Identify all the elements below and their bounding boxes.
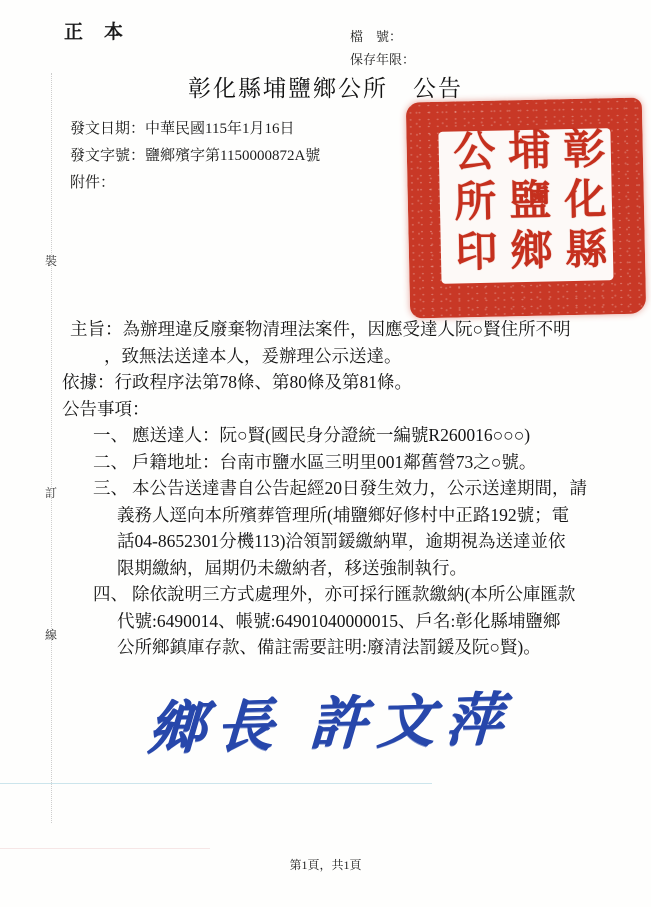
- retention-period-label: 保存年限：: [350, 48, 415, 71]
- page-title: 彰化縣埔鹽鄉公所 公告: [0, 70, 651, 103]
- issue-date-line: 發文日期：中華民國115年1月16日: [70, 116, 320, 143]
- binding-mark-zhuang: 裝: [44, 252, 58, 269]
- scan-artifact-line-cyan: [0, 783, 432, 784]
- official-red-seal: 彰化縣埔鹽鄉公所印: [406, 98, 646, 319]
- mayor-signature-stamp: 鄉長 許文萍: [146, 673, 549, 766]
- item-1: 一、應送達人：阮○賢(國民身分證統一編號R260016○○○): [93, 422, 607, 449]
- items-header: 公告事項：: [62, 396, 607, 423]
- notice-body: 主旨：為辦理違反廢棄物清理法案件，因應受達人阮○賢住所不明 ，致無法送達本人，爰…: [62, 316, 607, 661]
- copy-type-label: 正 本: [64, 17, 124, 44]
- document-meta: 發文日期：中華民國115年1月16日 發文字號：鹽鄉殯字第1150000872A…: [70, 116, 320, 197]
- item-1-text: 應送達人：阮○賢(國民身分證統一編號R260016○○○): [132, 425, 530, 445]
- file-number-block: 檔 號： 保存年限：: [350, 25, 415, 71]
- basis-text: 行政程序法第78條、第80條及第81條。: [115, 372, 413, 392]
- item-4: 四、除依說明三方式處理外，亦可採行匯款繳納(本所公庫匯款: [93, 581, 607, 608]
- item-2-number: 二、: [93, 449, 132, 476]
- basis-line: 依據：行政程序法第78條、第80條及第81條。: [62, 369, 607, 396]
- binding-fold-line: [51, 73, 52, 823]
- item-1-number: 一、: [93, 422, 132, 449]
- item-3-number: 三、: [93, 475, 132, 502]
- item-4-number: 四、: [93, 581, 132, 608]
- attachment-line: 附件：: [70, 170, 320, 197]
- subject-line-2: ，致無法送達本人，爰辦理公示送達。: [104, 343, 607, 370]
- item-3-cont-2: 話04-8652301分機113)洽領罰鍰繳納單，逾期視為送達並依: [117, 528, 607, 555]
- subject-label: 主旨：: [70, 316, 123, 343]
- binding-mark-xian: 線: [44, 626, 58, 643]
- binding-mark-ding: 訂: [44, 484, 58, 501]
- subject-text-1: 為辦理違反廢棄物清理法案件，因應受達人阮○賢住所不明: [123, 319, 571, 339]
- basis-label: 依據：: [62, 369, 115, 396]
- reference-number-line: 發文字號：鹽鄉殯字第1150000872A號: [70, 143, 320, 170]
- page-number-footer: 第1頁，共1頁: [0, 856, 651, 873]
- item-4-cont-1: 代號:6490014、帳號:64901040000015、戶名:彰化縣埔鹽鄉: [117, 608, 607, 635]
- item-3-cont-1: 義務人逕向本所殯葬管理所(埔鹽鄉好修村中正路192號；電: [117, 502, 607, 529]
- scan-artifact-line-pink: [0, 848, 210, 849]
- seal-inner-face: 彰化縣埔鹽鄉公所印: [438, 128, 613, 284]
- subject-line-1: 主旨：為辦理違反廢棄物清理法案件，因應受達人阮○賢住所不明: [70, 316, 607, 343]
- file-number-label: 檔 號：: [350, 25, 415, 48]
- official-notice-page: 正 本 檔 號： 保存年限： 彰化縣埔鹽鄉公所 公告 發文日期：中華民國115年…: [0, 0, 651, 907]
- item-2-text: 戶籍地址：台南市鹽水區三明里001鄰舊營73之○號。: [132, 452, 536, 472]
- item-4-cont-2: 公所鄉鎮庫存款、備註需要註明:廢清法罰鍰及阮○賢)。: [117, 634, 607, 661]
- item-3: 三、本公告送達書自公告起經20日發生效力，公示送達期間，請: [93, 475, 607, 502]
- item-4-text: 除依說明三方式處理外，亦可採行匯款繳納(本所公庫匯款: [132, 584, 575, 604]
- item-2: 二、戶籍地址：台南市鹽水區三明里001鄰舊營73之○號。: [93, 449, 607, 476]
- item-3-text: 本公告送達書自公告起經20日發生效力，公示送達期間，請: [132, 478, 587, 498]
- item-3-cont-3: 限期繳納，屆期仍未繳納者，移送強制執行。: [117, 555, 607, 582]
- seal-inscription: 彰化縣埔鹽鄉公所印: [442, 126, 610, 285]
